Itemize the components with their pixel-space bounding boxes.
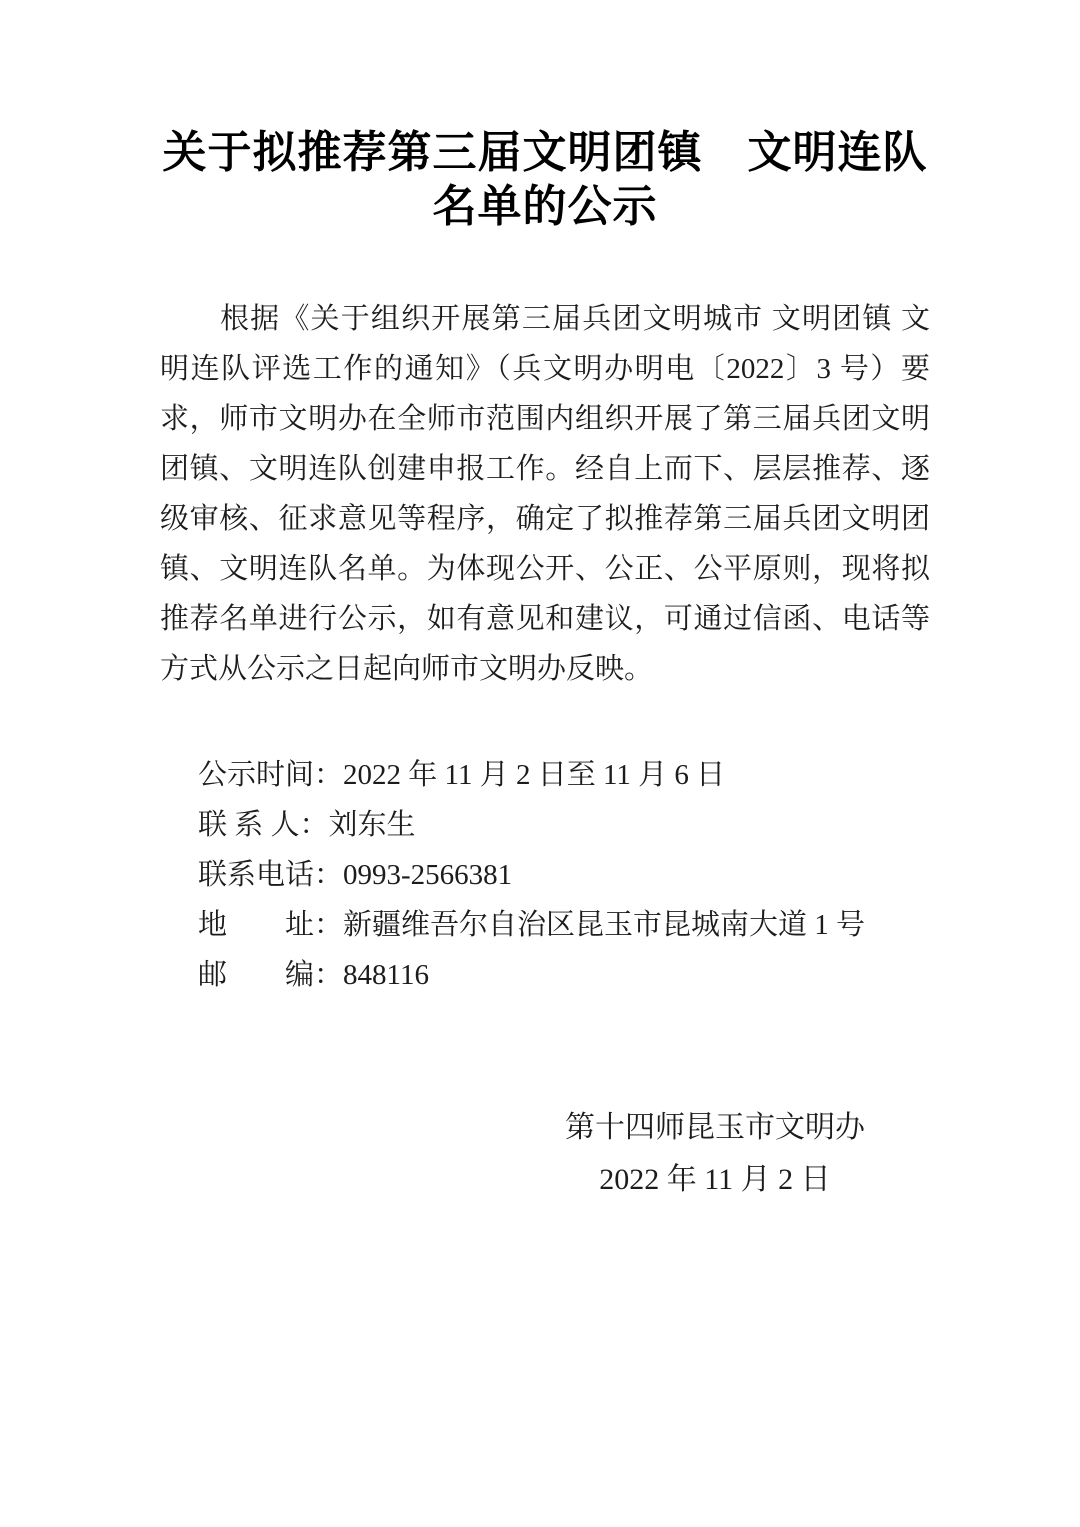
signature-block: 第十四师昆玉市文明办 2022 年 11 月 2 日 (564, 1102, 866, 1206)
contact-label: 联 系 人： (198, 809, 329, 841)
paragraph-line-6: 镇、文明连队名单。为体现公开、公正、公平原则，现将拟 (160, 544, 930, 594)
paragraph-line-1: 根据《关于组织开展第三届兵团文明城市 文明团镇 文 (160, 294, 930, 344)
paragraph-line-3: 求，师市文明办在全师市范围内组织开展了第三届兵团文明 (160, 394, 930, 444)
contact-value: 2022 年 11 月 2 日至 11 月 6 日 (343, 759, 725, 791)
contact-value: 848116 (343, 959, 429, 991)
contact-value: 新疆维吾尔自治区昆玉市昆城南大道 1 号 (343, 909, 865, 941)
contact-row-postcode: 邮 编：848116 (198, 950, 930, 1000)
body-paragraph: 根据《关于组织开展第三届兵团文明城市 文明团镇 文 明连队评选工作的通知》（兵文… (160, 294, 930, 694)
document-title: 关于拟推荐第三届文明团镇 文明连队 名单的公示 (160, 126, 930, 234)
document-page: 关于拟推荐第三届文明团镇 文明连队 名单的公示 根据《关于组织开展第三届兵团文明… (0, 0, 1080, 1527)
signature-org: 第十四师昆玉市文明办 (564, 1102, 866, 1154)
document-content: 关于拟推荐第三届文明团镇 文明连队 名单的公示 根据《关于组织开展第三届兵团文明… (0, 126, 1080, 1206)
paragraph-line-2: 明连队评选工作的通知》（兵文明办明电〔2022〕3 号）要 (160, 344, 930, 394)
contact-label: 地 址： (198, 909, 343, 941)
contact-row-address: 地 址：新疆维吾尔自治区昆玉市昆城南大道 1 号 (198, 900, 930, 950)
contact-row-phone: 联系电话：0993-2566381 (198, 850, 930, 900)
contact-row-contact-person: 联 系 人：刘东生 (198, 800, 930, 850)
paragraph-line-5: 级审核、征求意见等程序，确定了拟推荐第三届兵团文明团 (160, 494, 930, 544)
contact-label: 联系电话： (198, 859, 343, 891)
contact-value: 0993-2566381 (343, 859, 512, 891)
contact-info: 公示时间：2022 年 11 月 2 日至 11 月 6 日 联 系 人：刘东生… (160, 750, 930, 1000)
paragraph-line-8: 方式从公示之日起向师市文明办反映。 (160, 644, 930, 694)
paragraph-line-4: 团镇、文明连队创建申报工作。经自上而下、层层推荐、逐 (160, 444, 930, 494)
title-line-1: 关于拟推荐第三届文明团镇 文明连队 (160, 126, 930, 180)
title-line-2: 名单的公示 (160, 180, 930, 234)
signature-date: 2022 年 11 月 2 日 (564, 1154, 866, 1206)
paragraph-line-7: 推荐名单进行公示，如有意见和建议，可通过信函、电话等 (160, 594, 930, 644)
contact-row-publicity-period: 公示时间：2022 年 11 月 2 日至 11 月 6 日 (198, 750, 930, 800)
contact-value: 刘东生 (329, 809, 416, 841)
contact-label: 邮 编： (198, 959, 343, 991)
contact-label: 公示时间： (198, 759, 343, 791)
